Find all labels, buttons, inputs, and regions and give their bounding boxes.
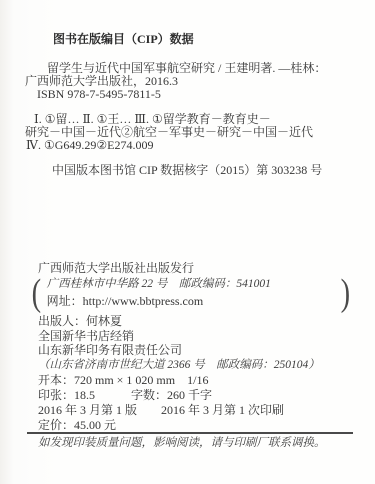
printer-line: 山东新华印务有限责任公司 xyxy=(38,343,182,357)
sheets-wordcount-line: 印张：18.5 字数：260 千字 xyxy=(38,388,212,402)
publisher-distribution-line: 广西师范大学出版社出版发行 xyxy=(38,261,194,275)
open-paren: ( xyxy=(32,274,41,312)
classification-line-1: Ⅰ. ①留… Ⅱ. ①王… Ⅲ. ①留学教育－教育史－ xyxy=(34,112,271,126)
publisher-website: 网址：http://www.bbtpress.com xyxy=(47,293,335,310)
isbn-line: ISBN 978-7-5495-7811-5 xyxy=(37,87,161,101)
price-line: 定价：45.00 元 xyxy=(38,418,116,432)
publisher-address: 广西桂林市中华路 22 号 邮政编码：541001 xyxy=(47,276,335,293)
format-line: 开本：720 mm × 1 020 mm 1/16 xyxy=(38,373,208,387)
publisher-imprint-line: 广西师范大学出版社，2016.3 xyxy=(25,74,178,88)
book-title-line: 留学生与近代中国军事航空研究 / 王建明著. —桂林： xyxy=(47,61,326,75)
divider-rule xyxy=(27,432,353,434)
distribution-line: 全国新华书店经销 xyxy=(38,329,134,343)
classification-line-3: Ⅳ. ①G649.29②E274.009 xyxy=(26,138,154,152)
close-paren: ) xyxy=(340,274,349,312)
cip-record-number: 中国版本图书馆 CIP 数据核字（2015）第 303238 号 xyxy=(52,163,322,177)
publisher-address-group: ( 广西桂林市中华路 22 号 邮政编码：541001 网址：http://ww… xyxy=(30,274,351,312)
copyright-page: 图书在版编目（CIP）数据 留学生与近代中国军事航空研究 / 王建明著. —桂林… xyxy=(0,0,375,484)
issuer-line: 出版人：何林夏 xyxy=(38,314,122,328)
cip-header: 图书在版编目（CIP）数据 xyxy=(53,32,194,46)
quality-note-line: 如发现印装质量问题，影响阅读，请与印刷厂联系调换。 xyxy=(38,436,326,450)
printer-address-line: （山东省济南市世纪大道 2366 号 邮政编码：250104） xyxy=(38,358,320,372)
classification-line-2: 研究－中国－近代②航空－军事史－研究－中国－近代 xyxy=(25,125,313,139)
edition-printing-line: 2016 年 3 月第 1 版 2016 年 3 月第 1 次印刷 xyxy=(38,403,284,417)
